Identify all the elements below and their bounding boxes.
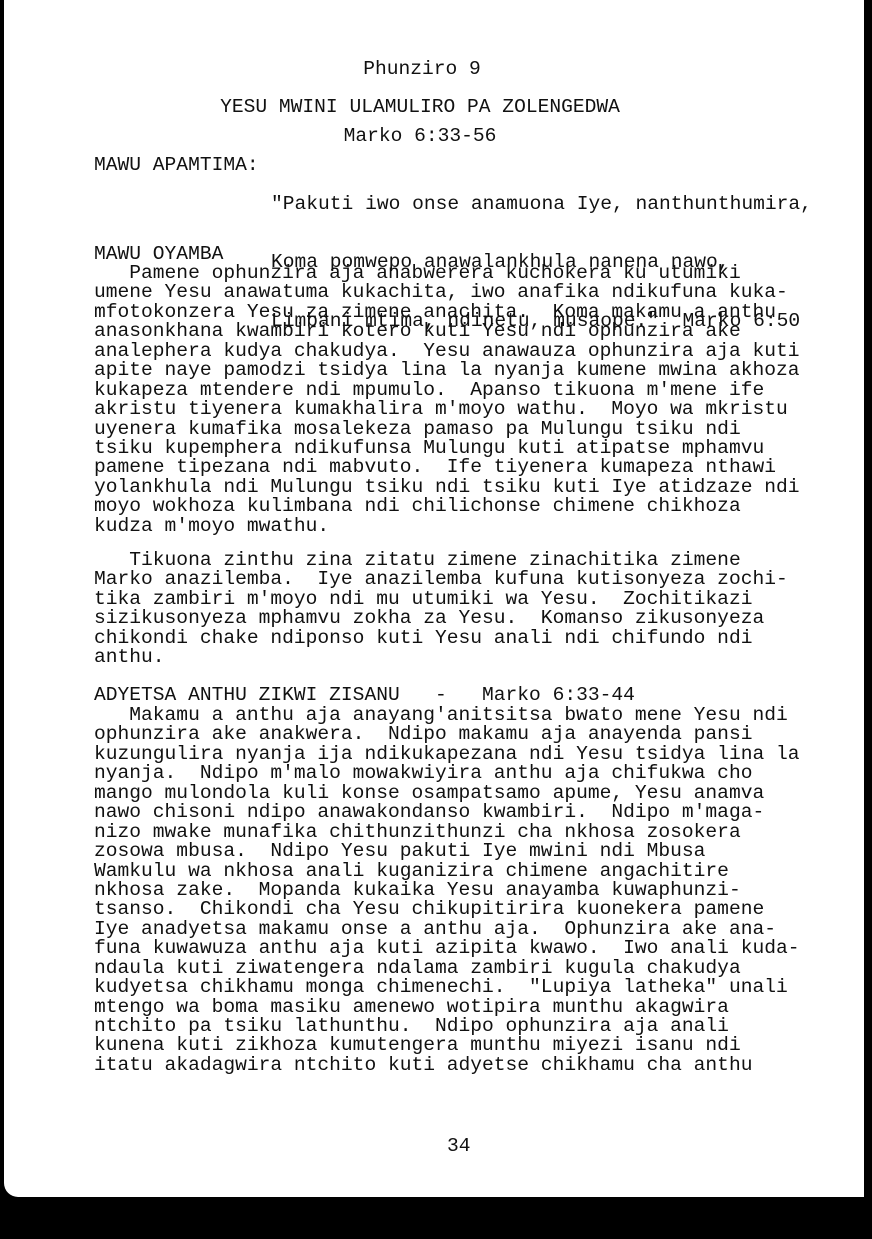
text-line: akristu tiyenera kumakhalira m'moyo wath… — [94, 400, 800, 419]
text-line: nawo chisoni ndipo anawakondanso kwambir… — [94, 803, 800, 822]
memory-verse-line: "Pakuti iwo onse anamuona Iye, nanthunth… — [271, 195, 812, 214]
lesson-title: YESU MWINI ULAMULIRO PA ZOLENGEDWA — [0, 98, 850, 117]
text-line: itatu akadagwira ntchito kuti adyetse ch… — [94, 1056, 800, 1075]
intro-paragraph-2: Tikuona zinthu zina zitatu zimene zinach… — [94, 551, 788, 668]
page-number: 34 — [447, 1137, 471, 1156]
text-line: tsanso. Chikondi cha Yesu chikupitirira … — [94, 900, 800, 919]
text-line: moyo wokhoza kulimbana ndi chilichonse c… — [94, 497, 800, 516]
text-line: kunena kuti zikhoza kumutengera munthu m… — [94, 1036, 800, 1055]
text-line: zosowa mbusa. Ndipo Yesu pakuti Iye mwin… — [94, 842, 800, 861]
text-line: nyanja. Ndipo m'malo mowakwiyira anthu a… — [94, 764, 800, 783]
section-heading-feeding: ADYETSA ANTHU ZIKWI ZISANU - Marko 6:33-… — [94, 686, 635, 705]
text-line: Marko anazilemba. Iye anazilemba kufuna … — [94, 570, 788, 589]
lesson-number: Phunziro 9 — [0, 60, 852, 79]
text-line: anthu. — [94, 648, 788, 667]
text-line: umene Yesu anawatuma kukachita, iwo anaf… — [94, 283, 800, 302]
feeding-paragraph-1: Makamu a anthu aja anayang'anitsitsa bwa… — [94, 706, 800, 1075]
text-line: kudyetsa chikhamu monga chimenechi. "Lup… — [94, 978, 800, 997]
text-line: anasonkhana kwambiri kotero kuti Yesu nd… — [94, 322, 800, 341]
text-line: pamene tipezana ndi mabvuto. Ife tiyener… — [94, 458, 800, 477]
lesson-reference: Marko 6:33-56 — [0, 127, 850, 146]
memory-verse-label: MAWU APAMTIMA: — [94, 156, 259, 175]
text-line: kudza m'moyo mwathu. — [94, 517, 800, 536]
document-page: Phunziro 9 YESU MWINI ULAMULIRO PA ZOLEN… — [4, 0, 864, 1197]
text-line: sizikusonyeza mphamvu zokha za Yesu. Kom… — [94, 609, 788, 628]
text-line: ophunzira ake anakwera. Ndipo makamu aja… — [94, 725, 800, 744]
intro-paragraph-1: Pamene ophunzira aja anabwerera kuchoker… — [94, 264, 800, 536]
text-line: funa kuwawuza anthu aja kuti azipita kwa… — [94, 939, 800, 958]
text-line: chikondi chake ndiponso kuti Yesu anali … — [94, 629, 788, 648]
text-line: apite naye pamodzi tsidya lina la nyanja… — [94, 361, 800, 380]
